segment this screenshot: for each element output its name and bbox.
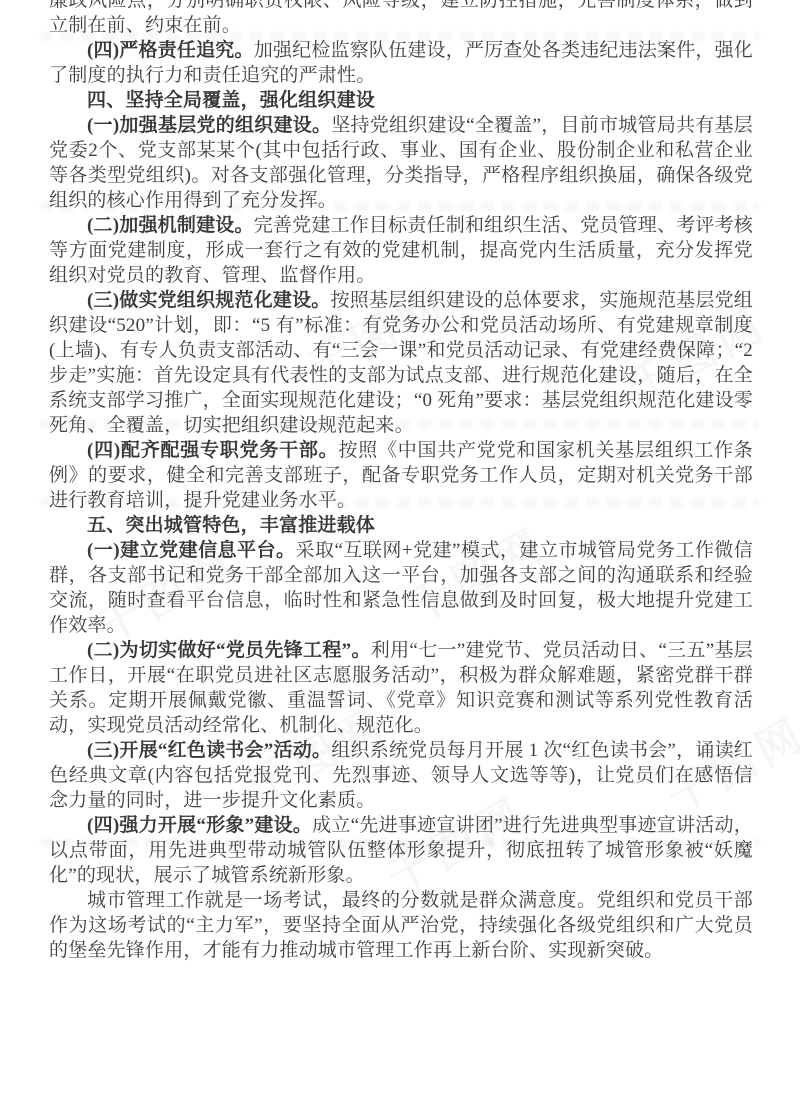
paragraph: (三)开展“红色读书会”活动。组织系统党员每月开展 1 次“红色读书会”，诵读红… [49, 738, 753, 813]
paragraph: 城市管理工作就是一场考试，最终的分数就是群众满意度。党组织和党员干部作为这场考试… [49, 888, 753, 963]
heading-text: 四、坚持全局覆盖，强化组织建设 [87, 90, 375, 111]
clipped-line-text: 廉政风险点，分别明确职责权限、风险等级，建立防控措施，完善制度体系，做到了预防在… [49, 0, 753, 13]
paragraph-lead: (一)建立党建信息平台。 [87, 540, 296, 561]
heading-text: 五、突出城管特色，丰富推进载体 [87, 515, 375, 536]
paragraph-text: 立制在前、约束在前。 [49, 15, 241, 36]
paragraph: 立制在前、约束在前。 [49, 13, 753, 38]
document-page: 千图网千图网千图网千图网千图网千图网千图网 廉政风险点，分别明确职责权限、风险等… [0, 0, 800, 1110]
paragraph-lead: (二)为切实做好“党员先锋工程”。 [87, 640, 371, 661]
paragraph-lead: (四)配齐配强专职党务干部。 [87, 440, 338, 461]
paragraph-list: 立制在前、约束在前。(四)严格责任追究。加强纪检监察队伍建设，严厉查处各类违纪违… [49, 13, 753, 963]
paragraph-lead: (一)加强基层党的组织建设。 [87, 115, 331, 136]
section-heading: 五、突出城管特色，丰富推进载体 [49, 513, 753, 538]
paragraph-lead: (三)开展“红色读书会”活动。 [87, 740, 331, 761]
clipped-top-line: 廉政风险点，分别明确职责权限、风险等级，建立防控措施，完善制度体系，做到了预防在… [49, 0, 753, 13]
paragraph: (三)做实党组织规范化建设。按照基层组织建设的总体要求，实施规范基层党组织建设“… [49, 288, 753, 438]
paragraph-text: 城市管理工作就是一场考试，最终的分数就是群众满意度。党组织和党员干部作为这场考试… [49, 890, 753, 961]
paragraph-text: 按照基层组织建设的总体要求，实施规范基层党组织建设“520”计划，即：“5 有”… [49, 290, 753, 436]
paragraph: (四)严格责任追究。加强纪检监察队伍建设，严厉查处各类违纪违法案件，强化了制度的… [49, 38, 753, 88]
paragraph: (二)为切实做好“党员先锋工程”。利用“七一”建党节、党员活动日、“三五”基层工… [49, 638, 753, 738]
paragraph: (二)加强机制建设。完善党建工作目标责任制和组织生活、党员管理、考评考核等方面党… [49, 213, 753, 288]
paragraph-lead: (二)加强机制建设。 [87, 215, 254, 236]
paragraph-lead: (三)做实党组织规范化建设。 [87, 290, 331, 311]
paragraph: (四)强力开展“形象”建设。成立“先进事迹宣讲团”进行先进典型事迹宣讲活动，以点… [49, 813, 753, 888]
document-text-block: 廉政风险点，分别明确职责权限、风险等级，建立防控措施，完善制度体系，做到了预防在… [49, 0, 753, 963]
paragraph-lead: (四)严格责任追究。 [87, 40, 254, 61]
paragraph: (四)配齐配强专职党务干部。按照《中国共产党党和国家机关基层组织工作条例》的要求… [49, 438, 753, 513]
paragraph: (一)建立党建信息平台。采取“互联网+党建”模式，建立市城管局党务工作微信群，各… [49, 538, 753, 638]
section-heading: 四、坚持全局覆盖，强化组织建设 [49, 88, 753, 113]
paragraph: (一)加强基层党的组织建设。坚持党组织建设“全覆盖”，目前市城管局共有基层党委2… [49, 113, 753, 213]
paragraph-lead: (四)强力开展“形象”建设。 [87, 815, 312, 836]
